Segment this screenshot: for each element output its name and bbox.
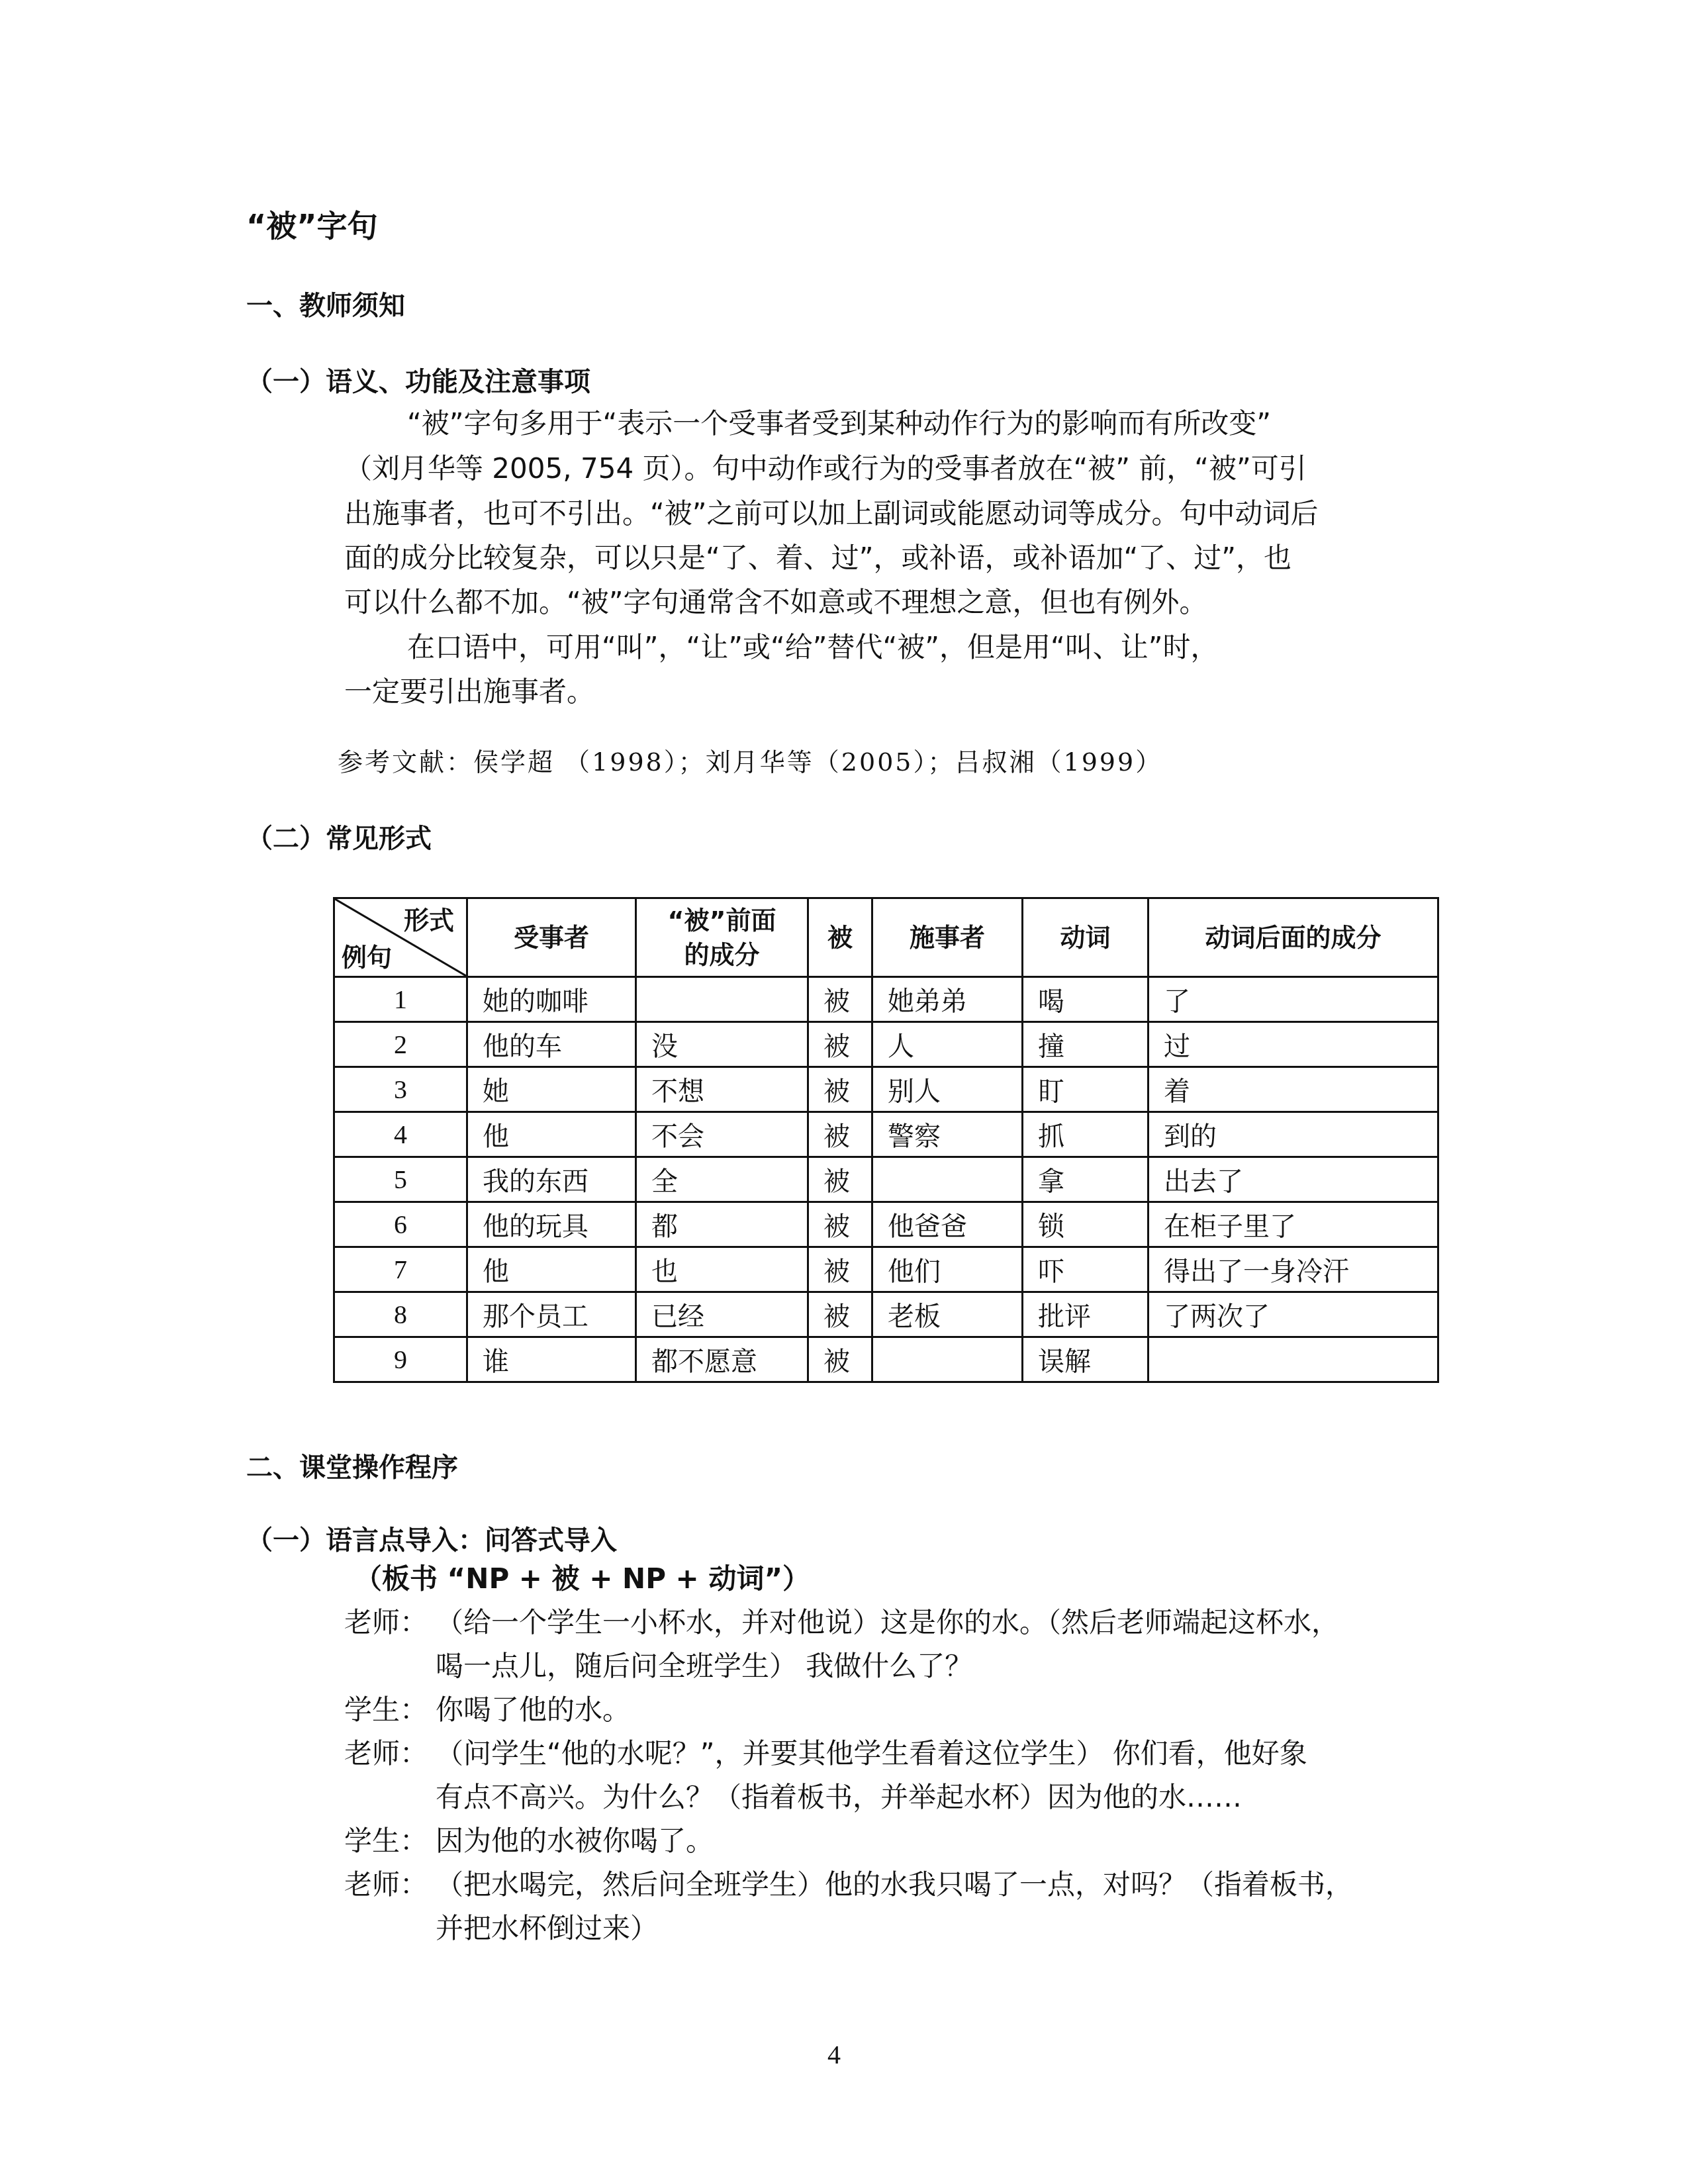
cell-bei: 被: [808, 1247, 872, 1292]
paragraph-line: （刘月华等 2005, 754 页）。句中动作或行为的受事者放在“被” 前，“被…: [344, 447, 1307, 487]
cell-post-verb: 了: [1149, 977, 1438, 1022]
cell-patient: 他: [467, 1112, 636, 1157]
cell-patient: 那个员工: [467, 1292, 636, 1337]
cell-bei: 被: [808, 1067, 872, 1112]
cell-post-verb: 着: [1149, 1067, 1438, 1112]
subsection-heading-semantics: （一）语义、功能及注意事项: [246, 361, 590, 399]
cell-post-verb: 了两次了: [1149, 1292, 1438, 1337]
cell-agent: 警察: [872, 1112, 1023, 1157]
cell-verb: 误解: [1023, 1337, 1149, 1382]
cell-post-verb: 过: [1149, 1022, 1438, 1067]
table-row: 5 我的东西 全 被 拿 出去了: [334, 1157, 1438, 1202]
board-note: （板书 “NP + 被 + NP + 动词”）: [354, 1557, 810, 1597]
cell-bei: 被: [808, 1022, 872, 1067]
dialog-turn: 学生：你喝了他的水。: [344, 1688, 630, 1728]
cell-agent: 他们: [872, 1247, 1023, 1292]
header-patient: 受事者: [467, 898, 636, 977]
section-heading-classroom-procedure: 二、课堂操作程序: [246, 1447, 458, 1484]
page-number: 4: [827, 2039, 841, 2070]
references: 参考文献：侯学超 （1998）；刘月华等（2005）；吕叔湘（1999）: [338, 741, 1162, 778]
paragraph-line: 一定要引出施事者。: [344, 670, 594, 710]
cell-number: 7: [334, 1247, 467, 1292]
table-row: 8 那个员工 已经 被 老板 批评 了两次了: [334, 1292, 1438, 1337]
dialog-text: （给一个学生一小杯水，并对他说）这是你的水。（然后老师端起这杯水，: [436, 1606, 1339, 1638]
cell-pre-bei: 不会: [636, 1112, 808, 1157]
header-pre-bei-line2: 的成分: [637, 937, 807, 972]
speaker-label: 老师：: [344, 1863, 436, 1903]
header-pre-bei-line1: “被”前面: [637, 903, 807, 937]
cell-number: 2: [334, 1022, 467, 1067]
speaker-label: 老师：: [344, 1601, 436, 1640]
table-row: 1 她的咖啡 被 她弟弟 喝 了: [334, 977, 1438, 1022]
cell-post-verb: 到的: [1149, 1112, 1438, 1157]
dialog-continuation: 有点不高兴。为什么？（指着板书，并举起水杯）因为他的水……: [436, 1776, 1242, 1815]
dialog-turn: 老师：（给一个学生一小杯水，并对他说）这是你的水。（然后老师端起这杯水，: [344, 1601, 1339, 1640]
cell-agent: 她弟弟: [872, 977, 1023, 1022]
subsection-heading-introduction: （一）语言点导入：问答式导入: [246, 1519, 617, 1557]
cell-post-verb: 在柜子里了: [1149, 1202, 1438, 1247]
corner-label-example: 例句: [342, 940, 392, 974]
cell-bei: 被: [808, 1337, 872, 1382]
corner-header-cell: 形式 例句: [334, 898, 467, 977]
cell-bei: 被: [808, 1157, 872, 1202]
paragraph-line: 可以什么都不加。“被”字句通常含不如意或不理想之意，但也有例外。: [344, 581, 1207, 620]
cell-agent: 人: [872, 1022, 1023, 1067]
cell-post-verb: 得出了一身冷汗: [1149, 1247, 1438, 1292]
cell-agent: [872, 1337, 1023, 1382]
cell-number: 4: [334, 1112, 467, 1157]
table-header-row: 形式 例句 受事者 “被”前面 的成分 被 施事者 动词 动词后面的成分: [334, 898, 1438, 977]
cell-pre-bei: 都不愿意: [636, 1337, 808, 1382]
cell-verb: 抓: [1023, 1112, 1149, 1157]
paragraph-line: 在口语中，可用“叫”，“让”或“给”替代“被”，但是用“叫、让”时，: [407, 626, 1219, 665]
table-row: 4 他 不会 被 警察 抓 到的: [334, 1112, 1438, 1157]
cell-pre-bei: 没: [636, 1022, 808, 1067]
table-row: 9 谁 都不愿意 被 误解: [334, 1337, 1438, 1382]
forms-table: 形式 例句 受事者 “被”前面 的成分 被 施事者 动词 动词后面的成分 1 她…: [333, 897, 1439, 1383]
cell-patient: 我的东西: [467, 1157, 636, 1202]
cell-agent: 他爸爸: [872, 1202, 1023, 1247]
cell-number: 9: [334, 1337, 467, 1382]
header-bei: 被: [808, 898, 872, 977]
table-row: 7 他 也 被 他们 吓 得出了一身冷汗: [334, 1247, 1438, 1292]
cell-number: 3: [334, 1067, 467, 1112]
speaker-label: 老师：: [344, 1732, 436, 1772]
cell-bei: 被: [808, 1112, 872, 1157]
paragraph-line: 面的成分比较复杂，可以只是“了、着、过”，或补语，或补语加“了、过”，也: [344, 536, 1291, 576]
cell-verb: 批评: [1023, 1292, 1149, 1337]
table-row: 6 他的玩具 都 被 他爸爸 锁 在柜子里了: [334, 1202, 1438, 1247]
cell-bei: 被: [808, 977, 872, 1022]
header-pre-bei: “被”前面 的成分: [636, 898, 808, 977]
cell-pre-bei: 都: [636, 1202, 808, 1247]
dialog-text: 因为他的水被你喝了。: [436, 1825, 714, 1857]
paragraph-line: 出施事者，也可不引出。“被”之前可以加上副词或能愿动词等成分。句中动词后: [344, 492, 1319, 532]
dialog-continuation: 喝一点儿，随后问全班学生） 我做什么了？: [436, 1644, 972, 1684]
header-agent: 施事者: [872, 898, 1023, 977]
cell-verb: 喝: [1023, 977, 1149, 1022]
cell-verb: 锁: [1023, 1202, 1149, 1247]
header-post-verb: 动词后面的成分: [1149, 898, 1438, 977]
table-row: 3 她 不想 被 别人 盯 着: [334, 1067, 1438, 1112]
cell-pre-bei: 也: [636, 1247, 808, 1292]
dialog-text: （问学生“他的水呢？”，并要其他学生看着这位学生） 你们看，他好象: [436, 1737, 1307, 1770]
cell-pre-bei: [636, 977, 808, 1022]
cell-patient: 他的车: [467, 1022, 636, 1067]
speaker-label: 学生：: [344, 1688, 436, 1728]
cell-pre-bei: 全: [636, 1157, 808, 1202]
cell-verb: 拿: [1023, 1157, 1149, 1202]
cell-pre-bei: 已经: [636, 1292, 808, 1337]
header-verb: 动词: [1023, 898, 1149, 977]
dialog-turn: 老师：（问学生“他的水呢？”，并要其他学生看着这位学生） 你们看，他好象: [344, 1732, 1307, 1772]
cell-bei: 被: [808, 1202, 872, 1247]
dialog-turn: 老师：（把水喝完，然后问全班学生）他的水我只喝了一点，对吗？（指着板书，: [344, 1863, 1353, 1903]
document-title: “被”字句: [246, 202, 377, 246]
cell-bei: 被: [808, 1292, 872, 1337]
corner-label-form: 形式: [404, 903, 454, 937]
cell-number: 6: [334, 1202, 467, 1247]
cell-patient: 谁: [467, 1337, 636, 1382]
cell-patient: 他的玩具: [467, 1202, 636, 1247]
speaker-label: 学生：: [344, 1819, 436, 1859]
cell-agent: 老板: [872, 1292, 1023, 1337]
cell-number: 8: [334, 1292, 467, 1337]
cell-patient: 她: [467, 1067, 636, 1112]
section-heading-teacher-notes: 一、教师须知: [246, 285, 405, 322]
cell-pre-bei: 不想: [636, 1067, 808, 1112]
paragraph-line: “被”字句多用于“表示一个受事者受到某种动作行为的影响而有所改变”: [407, 402, 1271, 442]
cell-verb: 盯: [1023, 1067, 1149, 1112]
cell-post-verb: [1149, 1337, 1438, 1382]
cell-agent: 别人: [872, 1067, 1023, 1112]
cell-number: 1: [334, 977, 467, 1022]
dialog-continuation: 并把水杯倒过来）: [436, 1907, 658, 1946]
cell-post-verb: 出去了: [1149, 1157, 1438, 1202]
cell-verb: 撞: [1023, 1022, 1149, 1067]
cell-agent: [872, 1157, 1023, 1202]
cell-patient: 他: [467, 1247, 636, 1292]
dialog-text: 你喝了他的水。: [436, 1693, 630, 1726]
cell-verb: 吓: [1023, 1247, 1149, 1292]
dialog-turn: 学生：因为他的水被你喝了。: [344, 1819, 714, 1859]
subsection-heading-common-forms: （二）常见形式: [246, 818, 432, 855]
dialog-text: （把水喝完，然后问全班学生）他的水我只喝了一点，对吗？（指着板书，: [436, 1868, 1353, 1901]
cell-patient: 她的咖啡: [467, 977, 636, 1022]
cell-number: 5: [334, 1157, 467, 1202]
table-row: 2 他的车 没 被 人 撞 过: [334, 1022, 1438, 1067]
